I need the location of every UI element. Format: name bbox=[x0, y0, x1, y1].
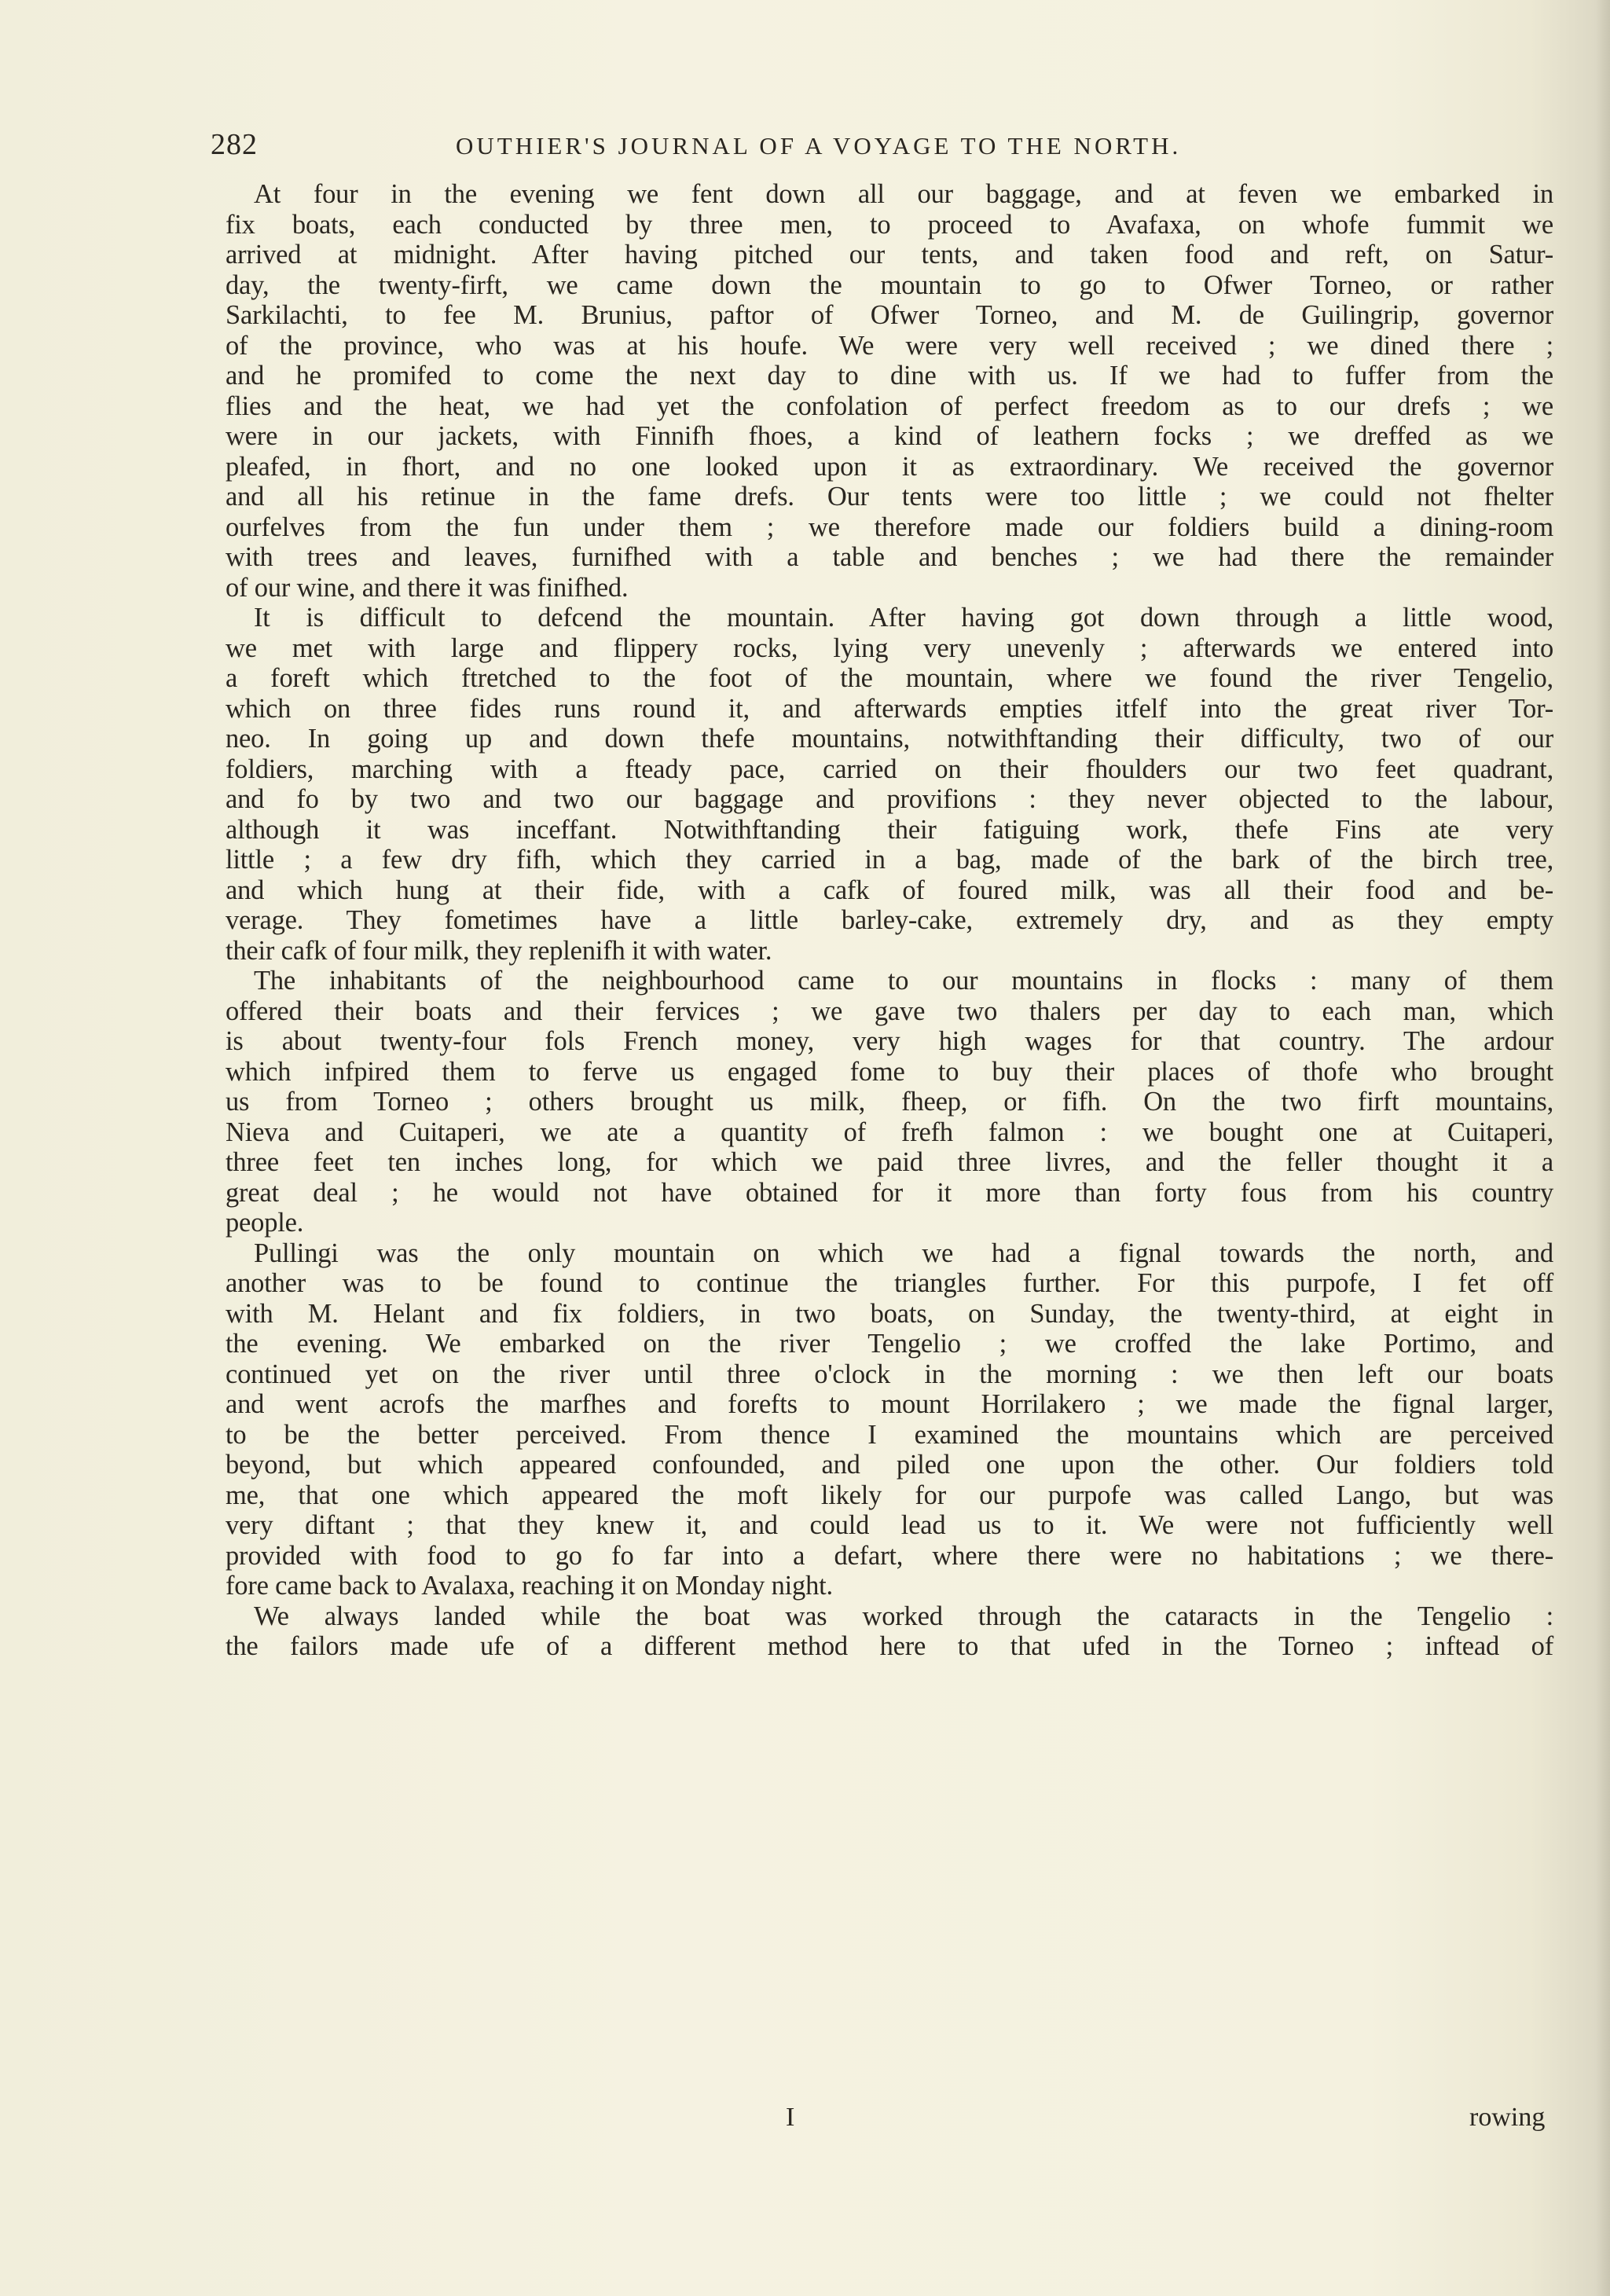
running-head: 282 Outhier's Journal of a Voyage to the… bbox=[211, 127, 1320, 167]
page-number: 282 bbox=[211, 127, 258, 162]
text-line: continued yet on the river until three o… bbox=[226, 1359, 1553, 1390]
text-line: of the province, who was at his houfe. W… bbox=[226, 331, 1553, 361]
text-line: little ; a few dry fifh, which they carr… bbox=[226, 845, 1553, 875]
paragraph: The inhabitants of the neighbourhood cam… bbox=[226, 966, 1553, 1238]
text-line: to be the better perceived. From thence … bbox=[226, 1420, 1553, 1451]
text-line: Nieva and Cuitaperi, we ate a quantity o… bbox=[226, 1117, 1553, 1148]
text-line: which on three fides runs round it, and … bbox=[226, 694, 1553, 724]
paragraph: At four in the evening we fent down all … bbox=[226, 179, 1553, 603]
text-line: is about twenty-four fols French money, … bbox=[226, 1026, 1553, 1057]
text-line: and fo by two and two our baggage and pr… bbox=[226, 784, 1553, 815]
text-line: We always landed while the boat was work… bbox=[226, 1601, 1553, 1632]
text-line: day, the twenty-firft, we came down the … bbox=[226, 270, 1553, 301]
text-line: and all his retinue in the fame drefs. O… bbox=[226, 482, 1553, 512]
page-edge-shadow bbox=[1596, 0, 1610, 2296]
text-line: and went acrofs the marfhes and forefts … bbox=[226, 1389, 1553, 1420]
text-line: provided with food to go fo far into a d… bbox=[226, 1541, 1553, 1572]
text-line: their cafk of four milk, they replenifh … bbox=[226, 936, 1553, 966]
text-line: and which hung at their fide, with a caf… bbox=[226, 875, 1553, 906]
text-line: me, that one which appeared the moft lik… bbox=[226, 1480, 1553, 1511]
text-line: a foreft which ftretched to the foot of … bbox=[226, 663, 1553, 694]
paragraph: We always landed while the boat was work… bbox=[226, 1601, 1553, 1662]
text-line: It is difficult to defcend the mountain.… bbox=[226, 603, 1553, 633]
text-line: and he promifed to come the next day to … bbox=[226, 361, 1553, 391]
catchword: rowing bbox=[1469, 2103, 1545, 2134]
text-line: us from Torneo ; others brought us milk,… bbox=[226, 1087, 1553, 1117]
text-line: neo. In going up and down thefe mountain… bbox=[226, 724, 1553, 754]
text-line: offered their boats and their fervices ;… bbox=[226, 996, 1553, 1027]
text-line: with trees and leaves, furnifhed with a … bbox=[226, 542, 1553, 573]
text-line: another was to be found to continue the … bbox=[226, 1268, 1553, 1299]
text-line: Sarkilachti, to fee M. Brunius, paftor o… bbox=[226, 300, 1553, 331]
text-line: the evening. We embarked on the river Te… bbox=[226, 1329, 1553, 1359]
book-page: 282 Outhier's Journal of a Voyage to the… bbox=[0, 0, 1610, 2296]
text-line: beyond, but which appeared confounded, a… bbox=[226, 1450, 1553, 1480]
running-title: Outhier's Journal of a Voyage to the Nor… bbox=[456, 132, 1181, 160]
text-line: fore came back to Avalaxa, reaching it o… bbox=[226, 1571, 1553, 1601]
text-line: of our wine, and there it was finifhed. bbox=[226, 573, 1553, 603]
text-line: although it was inceffant. Notwithftandi… bbox=[226, 815, 1553, 845]
text-line: foldiers, marching with a fteady pace, c… bbox=[226, 754, 1553, 785]
body-text: At four in the evening we fent down all … bbox=[226, 179, 1553, 1662]
text-line: Pullingi was the only mountain on which … bbox=[226, 1238, 1553, 1269]
text-line: ourfelves from the fun under them ; we t… bbox=[226, 512, 1553, 543]
text-line: verage. They fometimes have a little bar… bbox=[226, 905, 1553, 936]
text-line: were in our jackets, with Finnifh fhoes,… bbox=[226, 421, 1553, 452]
text-line: The inhabitants of the neighbourhood cam… bbox=[226, 966, 1553, 996]
text-line: arrived at midnight. After having pitche… bbox=[226, 240, 1553, 270]
text-line: fix boats, each conducted by three men, … bbox=[226, 210, 1553, 240]
text-line: great deal ; he would not have obtained … bbox=[226, 1178, 1553, 1209]
text-line: flies and the heat, we had yet the confo… bbox=[226, 391, 1553, 422]
signature-mark: I bbox=[786, 2103, 794, 2134]
paragraph: It is difficult to defcend the mountain.… bbox=[226, 603, 1553, 966]
text-line: very diftant ; that they knew it, and co… bbox=[226, 1510, 1553, 1541]
paragraph: Pullingi was the only mountain on which … bbox=[226, 1238, 1553, 1601]
text-line: pleafed, in fhort, and no one looked upo… bbox=[226, 452, 1553, 482]
text-line: we met with large and flippery rocks, ly… bbox=[226, 633, 1553, 664]
text-line: At four in the evening we fent down all … bbox=[226, 179, 1553, 210]
text-line: the failors made ufe of a different meth… bbox=[226, 1631, 1553, 1662]
text-line: with M. Helant and fix foldiers, in two … bbox=[226, 1299, 1553, 1330]
text-line: people. bbox=[226, 1208, 1553, 1238]
text-line: which infpired them to ferve us engaged … bbox=[226, 1057, 1553, 1087]
text-line: three feet ten inches long, for which we… bbox=[226, 1147, 1553, 1178]
